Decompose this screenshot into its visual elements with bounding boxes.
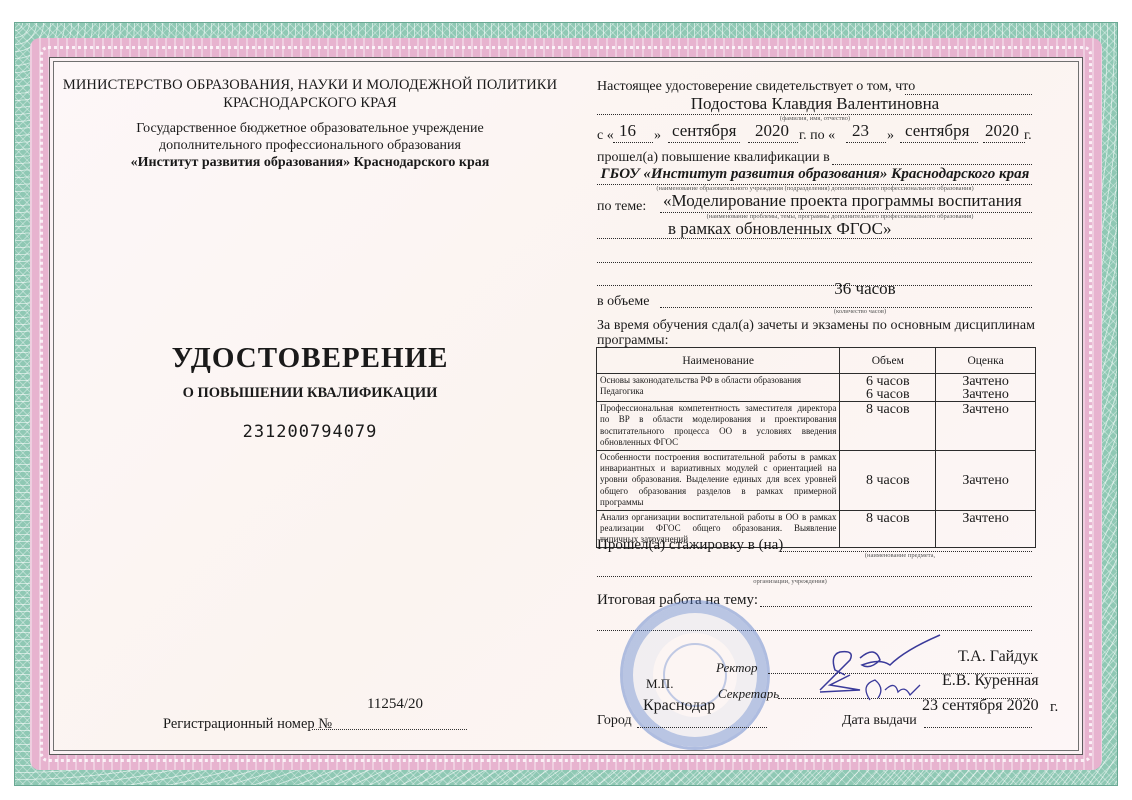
institution-line-1: Государственное бюджетное образовательно… xyxy=(60,120,560,137)
row-volume: 8 часов xyxy=(840,402,936,451)
period-from-year: 2020 xyxy=(755,121,789,141)
institution-line-2: дополнительного профессионального образо… xyxy=(60,137,560,154)
institution-heading: Государственное бюджетное образовательно… xyxy=(60,120,560,171)
row-name: Профессиональная компетентность заместит… xyxy=(597,402,840,451)
rector-label: Ректор xyxy=(716,660,758,676)
topic-dotted-line-3 xyxy=(597,262,1032,263)
topic-label: по теме: xyxy=(597,199,646,215)
name-hint: (фамилия, имя, отчество) xyxy=(590,115,1040,122)
secretary-name: Е.В. Куренная xyxy=(942,672,1039,690)
internship-hint-2: организации, учреждения) xyxy=(690,578,890,585)
issue-date-label: Дата выдачи xyxy=(842,713,917,729)
internship-dotted-line-2 xyxy=(597,576,1032,577)
issue-date-dotted-line xyxy=(924,727,1032,728)
period-to-month: сентября xyxy=(905,121,969,141)
training-dotted-line xyxy=(832,164,1032,165)
ministry-line-2: КРАСНОДАРСКОГО КРАЯ xyxy=(60,94,560,112)
header-name: Наименование xyxy=(597,348,840,374)
training-label: прошел(а) повышение квалификации в xyxy=(597,150,830,166)
holder-full-name: Подостова Клавдия Валентиновна xyxy=(590,94,1040,114)
volume-hint: (количество часов) xyxy=(790,308,930,315)
from-year-dots xyxy=(748,142,798,143)
row-name: Особенности построения воспитательной ра… xyxy=(597,450,840,510)
topic-line-1: «Моделирование проекта программы воспита… xyxy=(663,191,1022,211)
period-to-day: 23 xyxy=(852,121,869,141)
row-grade: Зачтено xyxy=(936,388,1035,401)
header-volume: Объем xyxy=(840,348,936,374)
city-label: Город xyxy=(597,713,632,729)
registration-number: 11254/20 xyxy=(325,696,465,713)
period-to-year: 2020 xyxy=(985,121,1019,141)
intro-text: Настоящее удостоверение свидетельствует … xyxy=(597,79,915,95)
row-volume: 8 часов xyxy=(840,450,936,510)
issue-date-value: 23 сентября 2020 xyxy=(922,697,1039,715)
header-grade: Оценка xyxy=(936,348,1036,374)
period-year-suffix: г. xyxy=(1024,128,1032,144)
city-value: Краснодар xyxy=(643,697,715,715)
volume-value: 36 часов xyxy=(590,279,1132,299)
ministry-heading: МИНИСТЕРСТВО ОБРАЗОВАНИЯ, НАУКИ И МОЛОДЕ… xyxy=(60,76,560,112)
period-from-prefix: с « xyxy=(597,128,614,144)
from-day-dots xyxy=(613,142,653,143)
period-to-prefix: г. по « xyxy=(799,128,835,144)
row-grade: Зачтено xyxy=(936,450,1036,510)
table-row: Основы законодательства РФ в области обр… xyxy=(597,374,1036,402)
rector-name: Т.А. Гайдук xyxy=(958,648,1038,666)
document-title: УДОСТОВЕРЕНИЕ xyxy=(150,342,470,375)
stamp-place-label: М.П. xyxy=(646,676,673,692)
table-row: Особенности построения воспитательной ра… xyxy=(597,450,1036,510)
from-month-dots xyxy=(668,142,740,143)
period-from-day: 16 xyxy=(619,121,636,141)
exams-text: За время обучения сдал(а) зачеты и экзам… xyxy=(597,318,1035,348)
registration-label: Регистрационный номер № xyxy=(163,716,332,733)
final-work-dotted-line-1 xyxy=(760,606,1032,607)
topic-dotted-line-2 xyxy=(597,238,1032,239)
issue-date-suffix: г. xyxy=(1050,699,1058,716)
training-organization: ГБОУ «Институт развития образования» Кра… xyxy=(590,166,1040,183)
topic-line-2: в рамках обновленных ФГОС» xyxy=(668,219,891,239)
table-header-row: Наименование Объем Оценка xyxy=(597,348,1036,374)
row-name: Педагогика xyxy=(600,386,836,397)
internship-label: Прошел(а) стажировку в (на) xyxy=(597,537,783,554)
city-dotted-line xyxy=(637,727,767,728)
to-year-dots xyxy=(983,142,1025,143)
institution-line-3: «Институт развития образования» Краснода… xyxy=(60,154,560,171)
row-volume: 6 часов xyxy=(840,388,935,401)
secretary-label: Секретарь xyxy=(718,686,779,702)
row-volume: 8 часов xyxy=(840,510,936,547)
internship-hint-1: (наименование предмета, xyxy=(860,552,940,559)
period-from-quote: » xyxy=(654,128,661,144)
ministry-line-1: МИНИСТЕРСТВО ОБРАЗОВАНИЯ, НАУКИ И МОЛОДЕ… xyxy=(60,76,560,94)
period-from-month: сентября xyxy=(672,121,736,141)
registration-dotted-line xyxy=(312,729,467,730)
table-row: Профессиональная компетентность заместит… xyxy=(597,402,1036,451)
to-day-dots xyxy=(846,142,886,143)
row-name: Основы законодательства РФ в области обр… xyxy=(600,375,836,386)
row-grade: Зачтено xyxy=(936,510,1036,547)
volume-label: в объеме xyxy=(597,294,649,310)
results-table: Наименование Объем Оценка Основы законод… xyxy=(596,347,1036,548)
document-number: 231200794079 xyxy=(150,422,470,442)
period-to-quote: » xyxy=(887,128,894,144)
row-grade: Зачтено xyxy=(936,402,1036,451)
document-subtitle: О ПОВЫШЕНИИ КВАЛИФИКАЦИИ xyxy=(150,385,470,402)
to-month-dots xyxy=(900,142,978,143)
